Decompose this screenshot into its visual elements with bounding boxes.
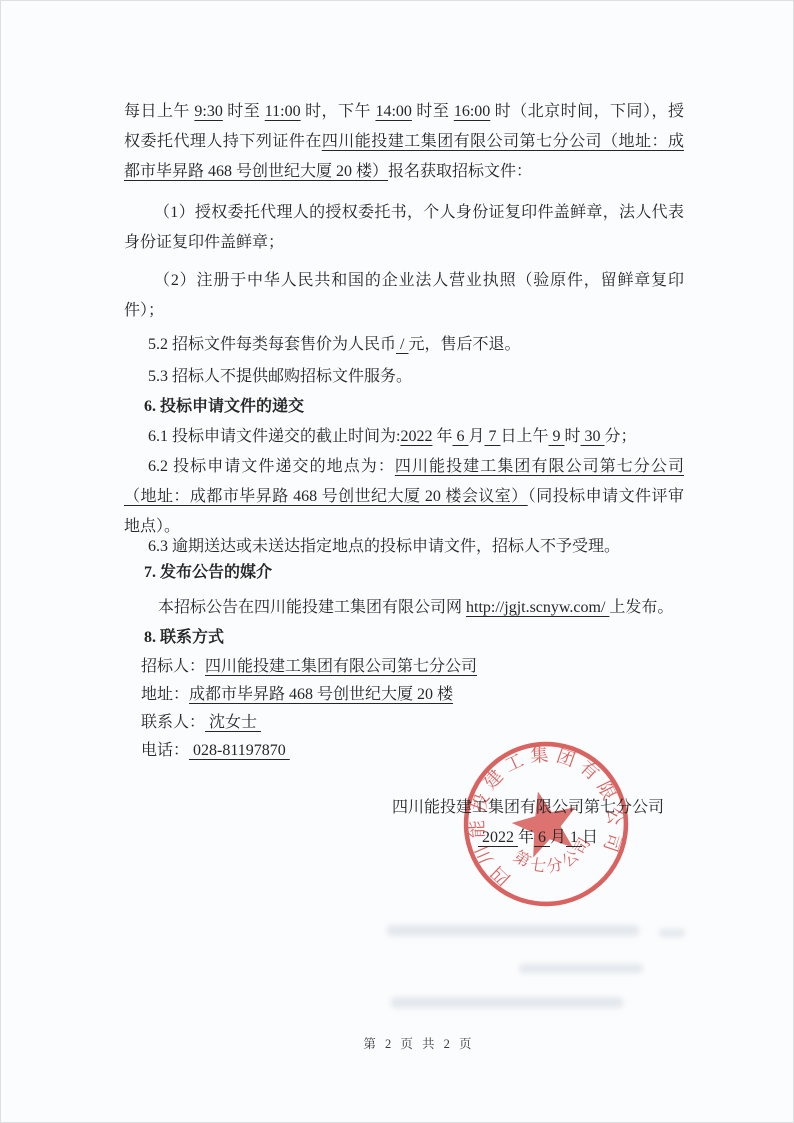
text-segment: 日上午 <box>500 428 548 445</box>
contact-value: 四川能投建工集团有限公司第七分公司 <box>205 658 477 675</box>
text-segment: 上发布。 <box>609 599 673 616</box>
document-body: 每日上午 9:30 时至 11:00 时，下午 14:00 时至 16:00 时… <box>124 97 684 853</box>
text-segment: 6.3 逾期送达或未送达指定地点的投标申请文件，招标人不予受理。 <box>148 538 620 555</box>
clause-5-3: 5.3 招标人不提供邮购招标文件服务。 <box>124 362 684 392</box>
text-segment: 分； <box>605 428 637 445</box>
text-segment: 月 <box>550 829 566 846</box>
text-segment: 时，下午 <box>301 103 376 120</box>
signature-block: 四川能投建工集团有限公司第七分公司 2022 年 6 月 1 日 <box>392 793 684 853</box>
contact-value: 028-81197870 <box>189 742 290 759</box>
contact-row-person: 联系人： 沈女士 <box>124 709 684 737</box>
text-segment: 6.1 投标申请文件递交的截止时间为: <box>148 428 400 445</box>
clause-item-1: （1）授权委托代理人的授权委托书，个人身份证复印件盖鲜章，法人代表身份证复印件盖… <box>124 198 684 258</box>
text-segment: 时至 <box>223 103 265 120</box>
bleed-through-smudge <box>659 929 685 937</box>
text-segment: 30 <box>581 428 605 445</box>
contact-label: 电话： <box>141 742 189 759</box>
text-segment: 本招标公告在四川能投建工集团有限公司网 <box>158 599 466 616</box>
contact-value: 沈女士 <box>205 714 261 731</box>
text-segment: 6.2 投标申请文件递交的地点为： <box>148 458 395 475</box>
paragraph-publication-media: 本招标公告在四川能投建工集团有限公司网 http://jgjt.scnyw.co… <box>124 593 684 623</box>
text-segment: 5.3 招标人不提供邮购招标文件服务。 <box>148 368 412 385</box>
text-segment: 每日上午 <box>124 103 194 120</box>
bleed-through-smudge <box>391 997 623 1008</box>
text-segment: 9:30 <box>194 103 222 120</box>
text-segment: 5.2 招标文件每类每套售价为人民币 <box>148 336 396 353</box>
text-segment: http://jgjt.scnyw.com/ <box>466 599 609 616</box>
contact-label: 联系人： <box>141 714 205 731</box>
contact-row-address: 地址：成都市毕昇路 468 号创世纪大厦 20 楼 <box>124 681 684 709</box>
contact-label: 招标人： <box>141 658 205 675</box>
text-segment: 年 <box>518 829 534 846</box>
contact-block: 招标人：四川能投建工集团有限公司第七分公司 地址：成都市毕昇路 468 号创世纪… <box>124 653 684 765</box>
paragraph-registration-time: 每日上午 9:30 时至 11:00 时，下午 14:00 时至 16:00 时… <box>124 97 684 187</box>
clause-6-1: 6.1 投标申请文件递交的截止时间为:2022 年 6 月 7 日上午 9 时 … <box>124 422 684 452</box>
contact-value: 成都市毕昇路 468 号创世纪大厦 20 楼 <box>189 686 453 703</box>
text-segment: 2022 <box>478 829 518 846</box>
section-6-heading: 6. 投标申请文件的递交 <box>124 392 684 422</box>
clause-6-2: 6.2 投标申请文件递交的地点为：四川能投建工集团有限公司第七分公司（地址：成都… <box>124 452 684 542</box>
text-segment: 报名获取招标文件： <box>388 163 532 180</box>
section-8-heading: 8. 联系方式 <box>124 623 684 653</box>
text-segment: 月 <box>468 428 484 445</box>
contact-label: 地址： <box>141 686 189 703</box>
clause-5-2: 5.2 招标文件每类每套售价为人民币 / 元，售后不退。 <box>124 330 684 360</box>
signature-company-name: 四川能投建工集团有限公司第七分公司 <box>392 793 684 823</box>
text-segment: / <box>396 336 408 353</box>
contact-row-phone: 电话： 028-81197870 <box>124 737 684 765</box>
text-segment: 9 <box>549 428 565 445</box>
text-segment: 7 <box>484 428 500 445</box>
text-segment: 1 <box>566 829 582 846</box>
text-segment: 时 <box>565 428 581 445</box>
signature-date: 2022 年 6 月 1 日 <box>392 823 684 853</box>
bleed-through-smudge <box>519 964 643 973</box>
text-segment: 年 <box>432 428 452 445</box>
section-7-heading: 7. 发布公告的媒介 <box>124 558 684 588</box>
contact-row-tenderee: 招标人：四川能投建工集团有限公司第七分公司 <box>124 653 684 681</box>
text-segment: 6 <box>534 829 550 846</box>
text-segment: 时至 <box>412 103 454 120</box>
text-segment: 14:00 <box>375 103 411 120</box>
text-segment: （1）授权委托代理人的授权委托书，个人身份证复印件盖鲜章，法人代表身份证复印件盖… <box>124 204 684 251</box>
text-segment: 日 <box>582 829 598 846</box>
document-page: 每日上午 9:30 时至 11:00 时，下午 14:00 时至 16:00 时… <box>0 0 794 1123</box>
clause-item-2: （2）注册于中华人民共和国的企业法人营业执照（验原件，留鲜章复印件）； <box>124 266 684 326</box>
page-number-footer: 第 2 页 共 2 页 <box>1 1034 794 1052</box>
text-segment: 6 <box>452 428 468 445</box>
bleed-through-smudge <box>387 925 639 936</box>
text-segment: 11:00 <box>265 103 301 120</box>
text-segment: 16:00 <box>454 103 490 120</box>
text-segment: 2022 <box>400 428 432 445</box>
text-segment: 元，售后不退。 <box>408 336 520 353</box>
text-segment: （2）注册于中华人民共和国的企业法人营业执照（验原件，留鲜章复印件）； <box>124 272 684 319</box>
